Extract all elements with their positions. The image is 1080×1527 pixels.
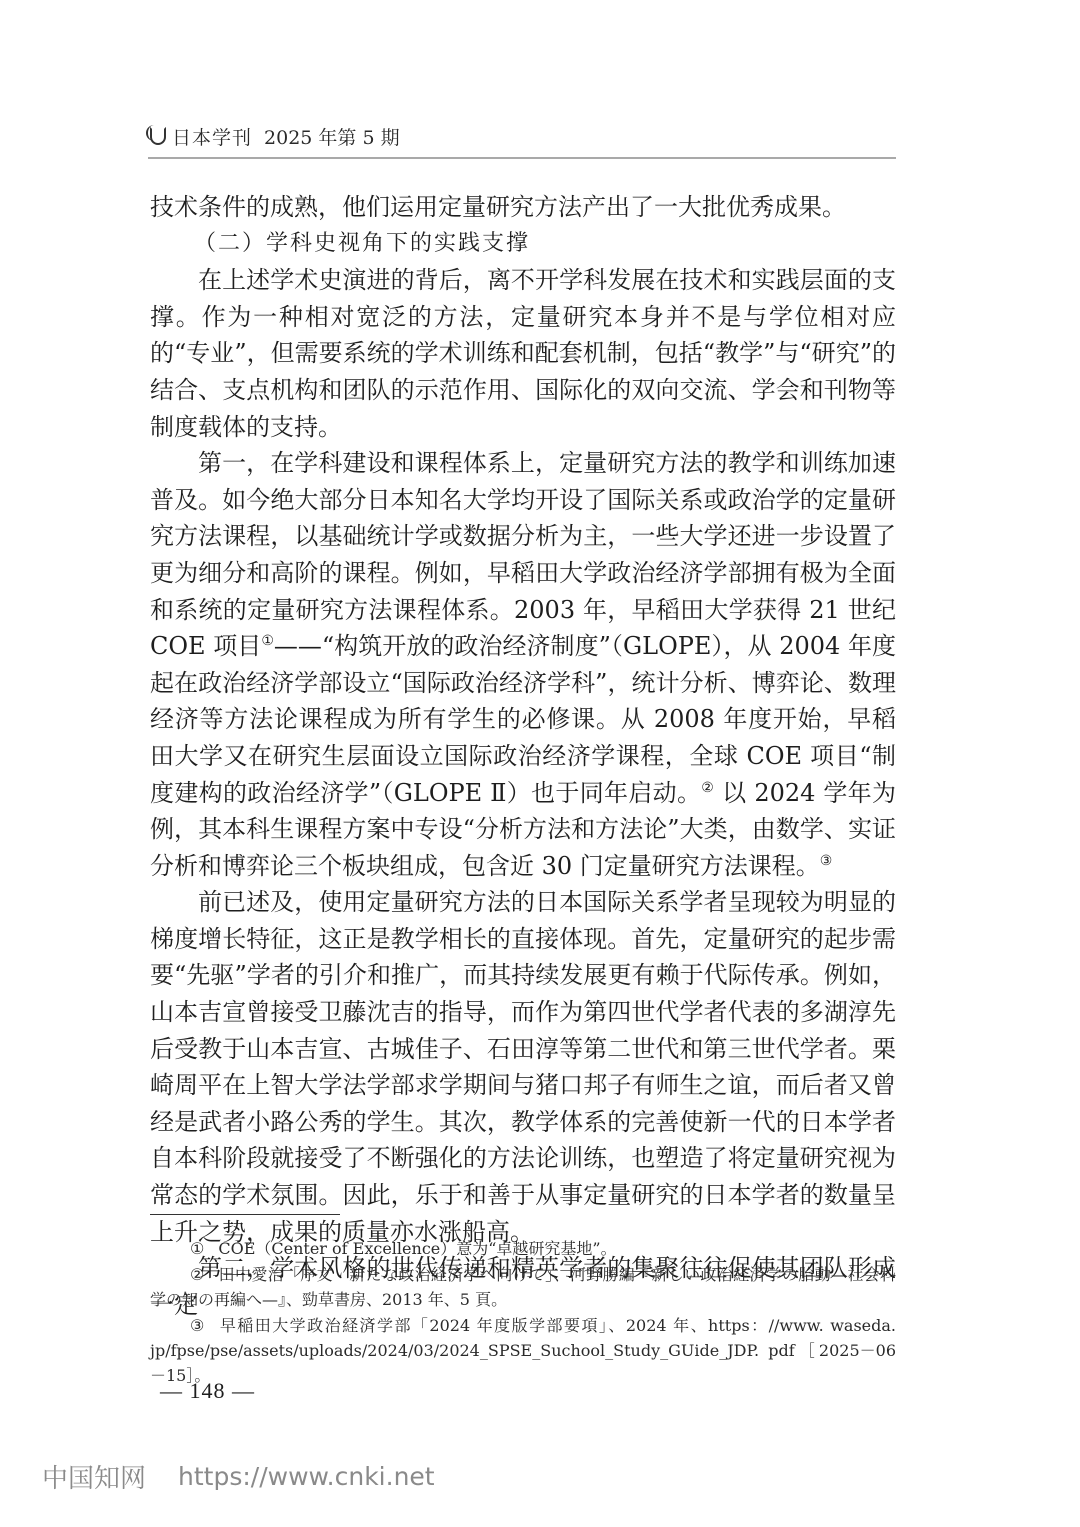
footnote-2: ②田中愛治「序文 新たな政治経済学へ向けて」、河野勝編『新しい政治経済学の胎動—… [150,1262,896,1312]
footnote-number: ③ [190,1316,206,1335]
issue-label: 2025 年第 5 期 [264,123,400,150]
main-text: 技术条件的成熟，他们运用定量研究方法产出了一大批优秀成果。 （二）学科史视角下的… [150,189,896,1323]
paragraph-continued: 技术条件的成熟，他们运用定量研究方法产出了一大批优秀成果。 [150,189,896,226]
journal-logo-icon [150,127,166,145]
footnote-3: ③早稲田大学政治経済学部「2024 年度版学部要項」、2024 年、https：… [150,1313,896,1388]
footnote-1: ①COE（Center of Excellence）意为“卓越研究基地”。 [150,1236,896,1261]
paragraph: 前已述及，使用定量研究方法的日本国际关系学者呈现较为明显的梯度增长特征，这正是教… [150,884,896,1250]
paragraph-text: 第一，在学科建设和课程体系上，定量研究方法的教学和训练加速普及。如今绝大部分日本… [150,449,896,660]
footnote-ref-1[interactable]: ① [261,633,274,649]
section-subheading: （二）学科史视角下的实践支撑 [150,226,896,263]
watermark-url: https://www.cnki.net [178,1462,435,1491]
watermark: 中国知网 https://www.cnki.net [42,1458,435,1495]
running-header: 日本学刊 2025 年第 5 期 [150,122,400,150]
footnote-number: ① [190,1239,204,1258]
footnote-number: ② [190,1265,205,1284]
paragraph: 第一，在学科建设和课程体系上，定量研究方法的教学和训练加速普及。如今绝大部分日本… [150,445,896,884]
footnote-text[interactable]: 早稲田大学政治経済学部「2024 年度版学部要項」、2024 年、https：/… [150,1316,896,1385]
footnotes: ①COE（Center of Excellence）意为“卓越研究基地”。 ②田… [150,1236,896,1388]
page-number: — 148 — [160,1378,255,1404]
footnote-separator [150,1214,340,1215]
paragraph: 在上述学术史演进的背后，离不开学科发展在技术和实践层面的支撑。作为一种相对宽泛的… [150,262,896,445]
footnote-ref-2[interactable]: ② [701,780,714,796]
footnote-ref-3[interactable]: ③ [820,853,833,869]
watermark-brand: 中国知网 [42,1458,146,1495]
footnote-text: 田中愛治「序文 新たな政治経済学へ向けて」、河野勝編『新しい政治経済学の胎動—社… [150,1265,896,1309]
journal-name: 日本学刊 [172,123,252,150]
header-rule [148,157,896,159]
footnote-text: COE（Center of Excellence）意为“卓越研究基地”。 [218,1239,616,1258]
